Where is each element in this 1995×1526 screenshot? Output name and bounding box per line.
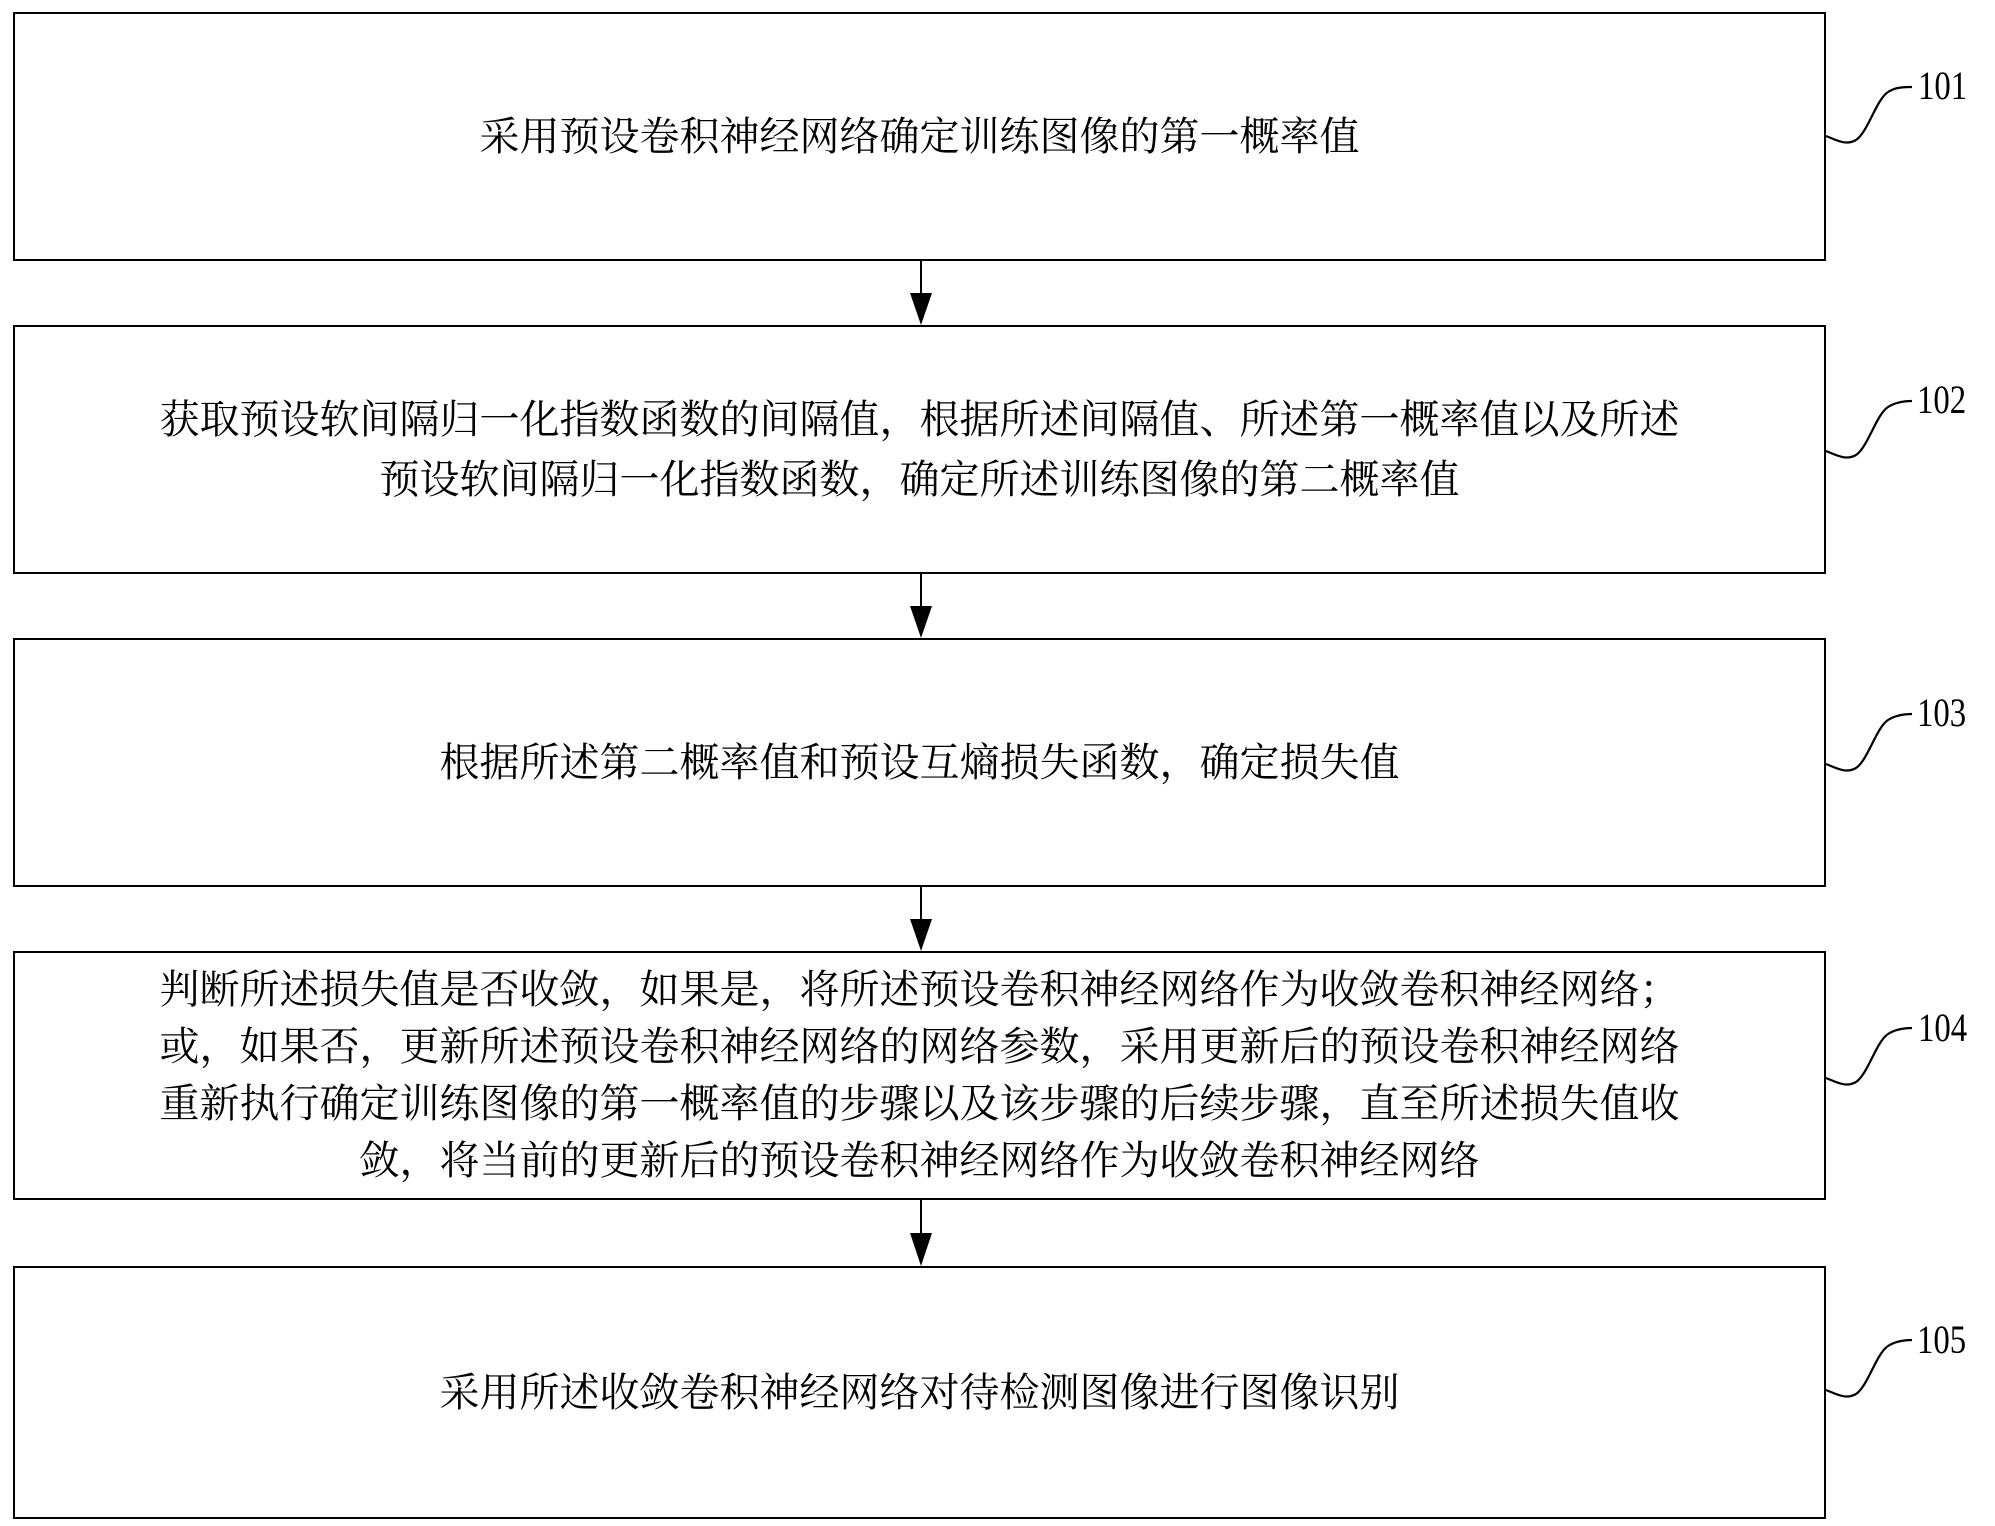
callout-line-105 <box>1826 1340 1912 1397</box>
step-label-104: 104 <box>1918 1008 1967 1048</box>
step-label-105: 105 <box>1917 1320 1966 1360</box>
step-text-104: 判断所述损失值是否收敛，如果是，将所述预设卷积神经网络作为收敛卷积神经网络； 或… <box>142 962 1698 1190</box>
flow-arrow-103-104 <box>910 887 932 951</box>
callout-line-101 <box>1826 87 1912 143</box>
step-label-101: 101 <box>1918 66 1967 106</box>
flow-arrow-104-105 <box>910 1200 932 1266</box>
callout-line-102 <box>1826 401 1912 458</box>
step-box-105: 采用所述收敛卷积神经网络对待检测图像进行图像识别 <box>13 1266 1826 1519</box>
callout-line-104 <box>1826 1028 1912 1085</box>
step-text-103: 根据所述第二概率值和预设互熵损失函数，确定损失值 <box>422 734 1418 792</box>
flow-arrow-101-102 <box>910 261 932 325</box>
step-box-102: 获取预设软间隔归一化指数函数的间隔值，根据所述间隔值、所述第一概率值以及所述 预… <box>13 325 1826 574</box>
step-text-105: 采用所述收敛卷积神经网络对待检测图像进行图像识别 <box>422 1364 1418 1422</box>
flow-arrow-102-103 <box>910 574 932 638</box>
step-label-103: 103 <box>1917 693 1966 733</box>
step-box-101: 采用预设卷积神经网络确定训练图像的第一概率值 <box>13 12 1826 261</box>
step-text-101: 采用预设卷积神经网络确定训练图像的第一概率值 <box>462 108 1378 166</box>
step-label-102: 102 <box>1917 380 1966 420</box>
step-box-104: 判断所述损失值是否收敛，如果是，将所述预设卷积神经网络作为收敛卷积神经网络； 或… <box>13 951 1826 1200</box>
step-text-102: 获取预设软间隔归一化指数函数的间隔值，根据所述间隔值、所述第一概率值以及所述 预… <box>142 390 1698 510</box>
callout-line-103 <box>1826 714 1912 771</box>
step-box-103: 根据所述第二概率值和预设互熵损失函数，确定损失值 <box>13 638 1826 887</box>
